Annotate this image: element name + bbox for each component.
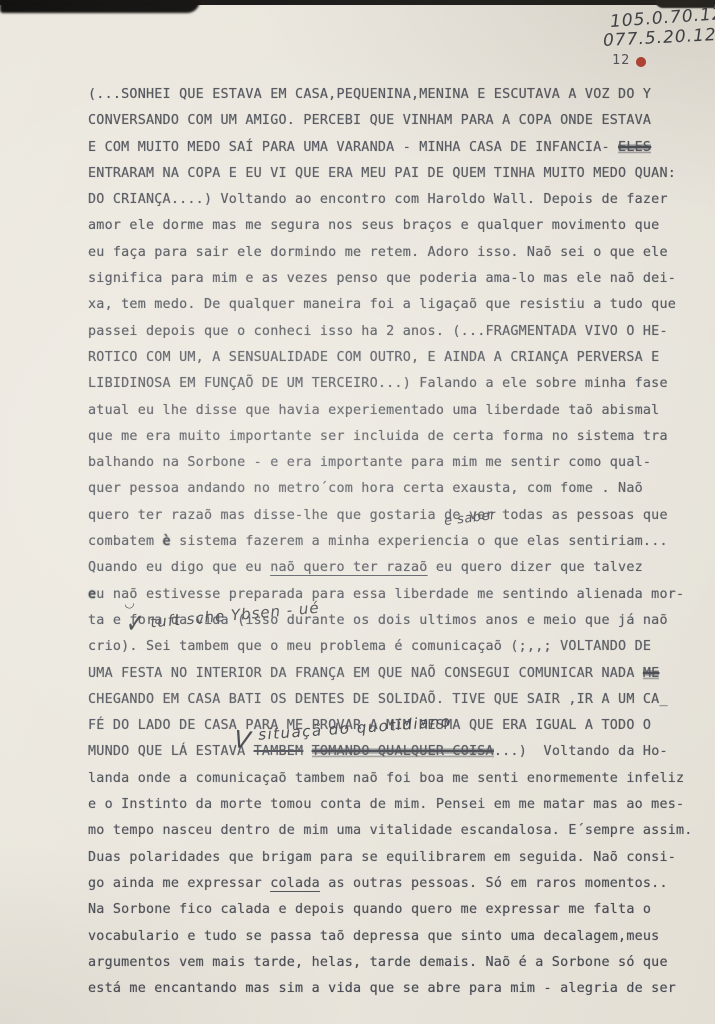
text-line: quer pessoa andando no metro´com hora ce… (88, 476, 678, 502)
text-line: quero ter razaõ mas disse-lhe que gostar… (88, 503, 678, 529)
text-line: UMA FESTA NO INTERIOR DA FRANÇA EM QUE N… (88, 661, 678, 687)
text-line: Quando eu digo que eu naõ quero ter raza… (88, 555, 678, 581)
text-line: DO CRIANÇA....) Voltando ao encontro com… (88, 187, 678, 213)
scan-edge-top-right (655, 0, 715, 8)
text-line: está me encantando mas sim a vida que se… (88, 976, 678, 1002)
text-line: Duas polaridades que brigam para se equi… (88, 845, 678, 871)
text-line: argumentos vem mais tarde, helas, tarde … (88, 950, 678, 976)
text-line: que me era muito importante ser incluida… (88, 424, 678, 450)
text-line: CONVERSANDO COM UM AMIGO. PERCEBI QUE VI… (88, 108, 678, 134)
text-line: ta e fora da vida (isso durante os dois … (88, 608, 678, 634)
text-line: amor ele dorme mas me segura nos seus br… (88, 213, 678, 239)
text-line: ROTICO COM UM, A SENSUALIDADE COM OUTRO,… (88, 345, 678, 371)
text-line: (...SONHEI QUE ESTAVA EM CASA,PEQUENINA,… (88, 82, 678, 108)
red-dot-mark (636, 57, 646, 67)
text-line: atual eu lhe disse que havia experiement… (88, 398, 678, 424)
text-line: FÉ DO LADO DE CASA PARA ME PROVAR A MIM … (88, 713, 678, 739)
text-line: eu naõ estivesse preparada para essa lib… (88, 582, 678, 608)
text-line: go ainda me expressar colada as outras p… (88, 871, 678, 897)
scan-edge-top-left (0, 0, 200, 13)
text-line: eu faça para sair ele dormindo me retem.… (88, 240, 678, 266)
text-line: e o Instinto da morte tomou conta de mim… (88, 792, 678, 818)
text-line: passei depois que o conheci isso ha 2 an… (88, 319, 678, 345)
scanned-page: 105.0.70.12 077.5.20.12 12 (...SONHEI QU… (0, 0, 715, 1024)
text-line: Na Sorbone fico calada e depois quando q… (88, 897, 678, 923)
text-line: balhando na Sorbone - e era importante p… (88, 450, 678, 476)
text-line: ENTRARAM NA COPA E EU VI QUE ERA MEU PAI… (88, 161, 678, 187)
text-line: CHEGANDO EM CASA BATI OS DENTES DE SOLID… (88, 687, 678, 713)
text-line: LIBIDINOSA EM FUNÇAÕ DE UM TERCEIRO...) … (88, 371, 678, 397)
archival-code-2: 077.5.20.12 (603, 25, 715, 51)
page-number: 12 (612, 52, 630, 68)
text-line: MUNDO QUE LÁ ESTAVA TAMBEM TOMANDO QUALQ… (88, 739, 678, 765)
text-line: E COM MUITO MEDO SAÍ PARA UMA VARANDA - … (88, 135, 678, 161)
text-line: xa, tem medo. De qualquer maneira foi a … (88, 292, 678, 318)
text-line: crio). Sei tambem que o meu problema é c… (88, 634, 678, 660)
typewritten-text: (...SONHEI QUE ESTAVA EM CASA,PEQUENINA,… (88, 82, 678, 1002)
text-line: landa onde a comunicaçaõ tambem naõ foi … (88, 766, 678, 792)
archival-code-1: 105.0.70.12 (609, 4, 715, 32)
text-line: mo tempo nasceu dentro de mim uma vitali… (88, 818, 678, 844)
text-line: vocabulario e tudo se passa taõ depressa… (88, 924, 678, 950)
text-line: combatem è sistema fazerem a minha exper… (88, 529, 678, 555)
text-line: significa para mim e as vezes penso que … (88, 266, 678, 292)
